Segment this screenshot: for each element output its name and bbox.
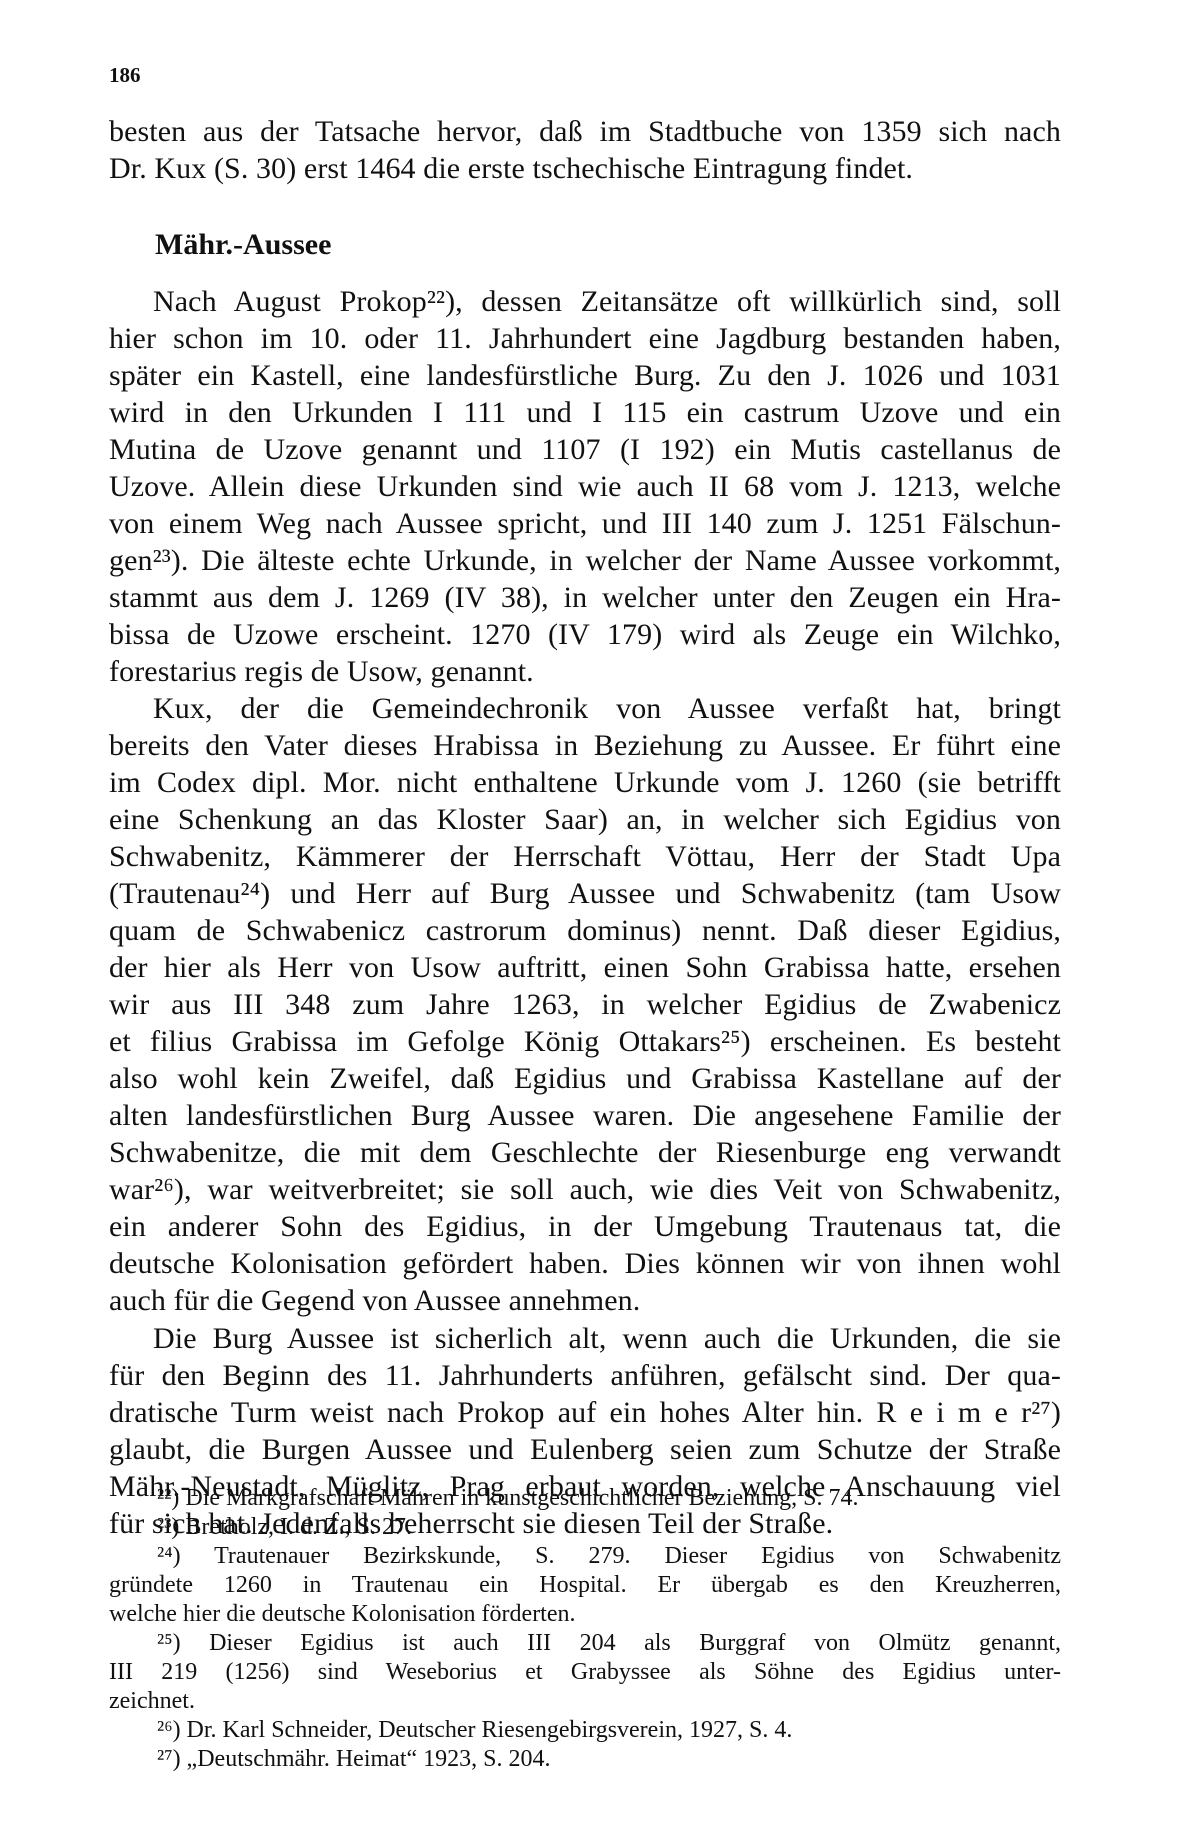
body-line: quam de Schwabenicz castrorum dominus) n… [109,912,1061,949]
footnote-line: ²⁶) Dr. Karl Schneider, Deutscher Riesen… [109,1716,1061,1745]
intro-line: besten aus der Tatsache hervor, daß im S… [109,113,1061,150]
footnote-line: welche hier die deutsche Kolonisation fö… [109,1600,1061,1629]
footnote-line: zeichnet. [109,1687,1061,1716]
body-line: Schwabenitz, Kämmerer der Herrschaft Vöt… [109,838,1061,875]
body-line: war²⁶), war weitverbreitet; sie soll auc… [109,1171,1061,1208]
intro-line: Dr. Kux (S. 30) erst 1464 die erste tsch… [109,150,1061,187]
body-line: auch für die Gegend von Aussee annehmen. [109,1282,1061,1319]
body-line: also wohl kein Zweifel, daß Egidius und … [109,1060,1061,1097]
body-line: glaubt, die Burgen Aussee und Eulenberg … [109,1431,1061,1468]
body-line: von einem Weg nach Aussee spricht, und I… [109,505,1061,542]
body-line: Mutina de Uzove genannt und 1107 (I 192)… [109,431,1061,468]
footnote-line: III 219 (1256) sind Weseborius et Grabys… [109,1658,1061,1687]
body-line: Die Burg Aussee ist sicherlich alt, wenn… [109,1320,1061,1357]
body-line: forestarius regis de Usow, genannt. [109,653,1061,690]
body-line: der hier als Herr von Usow auftritt, ein… [109,949,1061,986]
body-line: bereits den Vater dieses Hrabissa in Bez… [109,727,1061,764]
footnote-line: ²⁷) „Deutschmähr. Heimat“ 1923, S. 204. [109,1745,1061,1774]
body-line: eine Schenkung an das Kloster Saar) an, … [109,801,1061,838]
body-line: für den Beginn des 11. Jahrhunderts anfü… [109,1357,1061,1394]
body-line: Schwabenitze, die mit dem Geschlechte de… [109,1134,1061,1171]
body-line: bissa de Uzowe erscheint. 1270 (IV 179) … [109,616,1061,653]
body-line: wir aus III 348 zum Jahre 1263, in welch… [109,986,1061,1023]
footnote-line: ²²) Die Markgrafschaft Mähren in kunstge… [109,1484,1061,1513]
body-line: wird in den Urkunden I 111 und I 115 ein… [109,394,1061,431]
body-line: et filius Grabissa im Gefolge König Otta… [109,1023,1061,1060]
document-page: 186 besten aus der Tatsache hervor, daß … [0,0,1200,1829]
body-line: Nach August Prokop²²), dessen Zeitansätz… [109,283,1061,320]
footnote-line: gründete 1260 in Trautenau ein Hospital.… [109,1571,1061,1600]
body-line: deutsche Kolonisation gefördert haben. D… [109,1245,1061,1282]
page-number: 186 [109,63,141,88]
body-line: im Codex dipl. Mor. nicht enthaltene Urk… [109,764,1061,801]
body-line: dratische Turm weist nach Prokop auf ein… [109,1394,1061,1431]
body-line: alten landesfürstlichen Burg Aussee ware… [109,1097,1061,1134]
body-line: Kux, der die Gemeindechronik von Aussee … [109,690,1061,727]
body-line: (Trautenau²⁴) und Herr auf Burg Aussee u… [109,875,1061,912]
body-line: gen²³). Die älteste echte Urkunde, in we… [109,542,1061,579]
footnote-line: ²⁵) Dieser Egidius ist auch III 204 als … [109,1629,1061,1658]
footnote-line: ²⁴) Trautenauer Bezirkskunde, S. 279. Di… [109,1542,1061,1571]
body-line: stammt aus dem J. 1269 (IV 38), in welch… [109,579,1061,616]
body-line: Uzove. Allein diese Urkunden sind wie au… [109,468,1061,505]
footnote-line: ²³) Bretholz, I. d. Z., S. 27. [109,1513,1061,1542]
body-line: ein anderer Sohn des Egidius, in der Umg… [109,1208,1061,1245]
body-line: später ein Kastell, eine landesfürstlich… [109,357,1061,394]
section-heading: Mähr.-Aussee [155,228,331,262]
body-line: hier schon im 10. oder 11. Jahrhundert e… [109,320,1061,357]
